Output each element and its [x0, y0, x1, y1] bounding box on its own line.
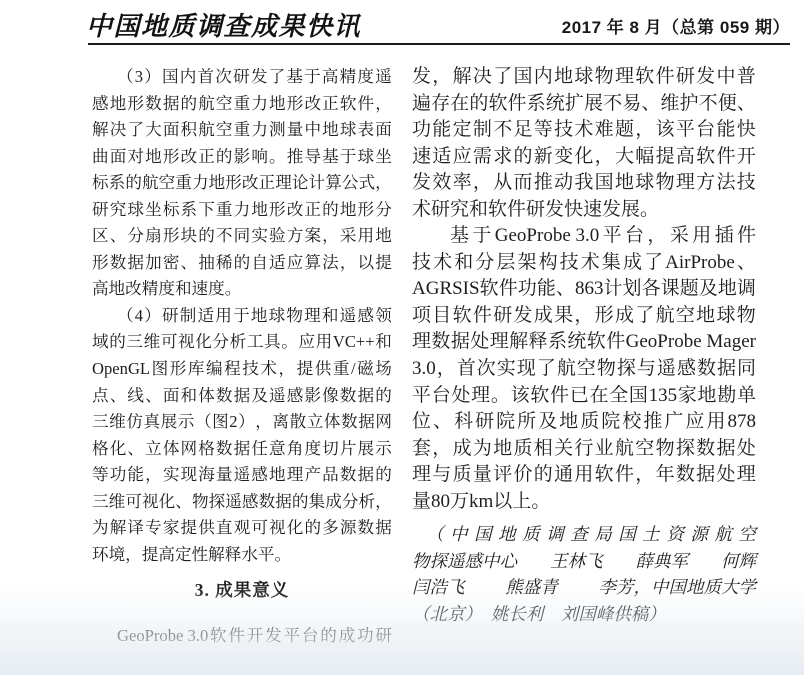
paragraph: 基于GeoProbe 3.0平台，采用插件技术和分层架构技术集成了AirProb… [412, 223, 756, 515]
section-heading: 3. 成果意义 [92, 577, 392, 604]
text-line: 3.0，首次实现了航空物探与遥感数据同 [412, 356, 756, 383]
text-line: 闫浩飞熊盛青李芳，中国地质大学 [412, 574, 756, 601]
paragraph: （4）研制适用于地球物理和遥感领域的三维可视化分析工具。应用VC++和OpenG… [92, 303, 392, 568]
text-line: 感地形数据的航空重力地形改正软件， [92, 91, 392, 118]
text-line: 格化、立体网格数据任意角度切片展示 [92, 436, 392, 463]
text-line: 域的三维可视化分析工具。应用VC++和 [92, 329, 392, 356]
text-line: 环境，提高定性解释水平。 [92, 542, 392, 569]
left-column: （3）国内首次研发了基于高精度遥感地形数据的航空重力地形改正软件，解决了大面积航… [92, 64, 392, 649]
text-line: 术研究和软件研发快速发展。 [412, 197, 756, 224]
text-line: （3）国内首次研发了基于高精度遥 [92, 64, 392, 91]
text-line: （北京） 姚长利 刘国峰供稿） [412, 601, 756, 628]
text-line: 高地改精度和速度。 [92, 276, 392, 303]
header-rule [88, 43, 790, 45]
text-line: （中国地质调查局国土资源航空 [412, 521, 756, 548]
text-line: 套，成为地质相关行业航空物探数据处 [412, 436, 756, 463]
paragraph: GeoProbe 3.0软件开发平台的成功研 [92, 623, 392, 650]
masthead-title: 中国地质调查成果快讯 [86, 12, 361, 42]
text-line: 发效率，从而推动我国地球物理方法技 [412, 170, 756, 197]
text-line: 研究球坐标系下重力地形改正的地形分 [92, 197, 392, 224]
text-line: 解决了大面积航空重力测量中地球表面 [92, 117, 392, 144]
right-column: 发，解决了国内地球物理软件研发中普遍存在的软件系统扩展不易、维护不便、功能定制不… [412, 64, 756, 627]
text-line: 三维仿真展示（图2），离散立体数据网 [92, 409, 392, 436]
text-line: 区、分扇形块的不同实验方案，采用地 [92, 223, 392, 250]
text-line: 标系的航空重力地形改正理论计算公式， [92, 170, 392, 197]
text-line: 点、线、面和体数据及遥感影像数据的 [92, 383, 392, 410]
text-line: 物探遥感中心王林飞薛典军何辉 [412, 548, 756, 575]
text-line: 量80万km以上。 [412, 489, 756, 516]
text-line: 发，解决了国内地球物理软件研发中普 [412, 64, 756, 91]
text-line: 位、科研院所及地质院校推广应用878 [412, 409, 756, 436]
text-line: OpenGL图形库编程技术，提供重/磁场 [92, 356, 392, 383]
text-line: 基于GeoProbe 3.0平台，采用插件 [412, 223, 756, 250]
text-line: （4）研制适用于地球物理和遥感领 [92, 303, 392, 330]
text-line: 速适应需求的新变化，大幅提高软件开 [412, 144, 756, 171]
text-line: 曲面对地形改正的影响。推导基于球坐 [92, 144, 392, 171]
paragraph: （3）国内首次研发了基于高精度遥感地形数据的航空重力地形改正软件，解决了大面积航… [92, 64, 392, 303]
text-line: 为解译专家提供直观可视化的多源数据 [92, 515, 392, 542]
text-line: 功能定制不足等技术难题，该平台能快 [412, 117, 756, 144]
text-line: 形数据加密、抽稀的自适应算法，以提 [92, 250, 392, 277]
paragraph: 发，解决了国内地球物理软件研发中普遍存在的软件系统扩展不易、维护不便、功能定制不… [412, 64, 756, 223]
text-line: 等功能，实现海量遥感地理产品数据的 [92, 462, 392, 489]
text-line: 平台处理。该软件已在全国135家地勘单 [412, 383, 756, 410]
text-line: 3. 成果意义 [92, 577, 392, 604]
credit-block: （中国地质调查局国土资源航空物探遥感中心王林飞薛典军何辉闫浩飞熊盛青李芳，中国地… [412, 521, 756, 627]
text-line: 理与质量评价的通用软件，年数据处理 [412, 462, 756, 489]
issue-date: 2017 年 8 月（总第 059 期） [562, 17, 790, 39]
text-line: 三维可视化、物探遥感数据的集成分析， [92, 489, 392, 516]
text-line: 项目软件研发成果，形成了航空地球物 [412, 303, 756, 330]
text-line: AGRSIS软件功能、863计划各课题及地调 [412, 276, 756, 303]
text-line: 技术和分层架构技术集成了AirProbe、 [412, 250, 756, 277]
text-line: 理数据处理解释系统软件GeoProbe Mager [412, 329, 756, 356]
text-line: GeoProbe 3.0软件开发平台的成功研 [92, 623, 392, 650]
text-line: 遍存在的软件系统扩展不易、维护不便、 [412, 91, 756, 118]
